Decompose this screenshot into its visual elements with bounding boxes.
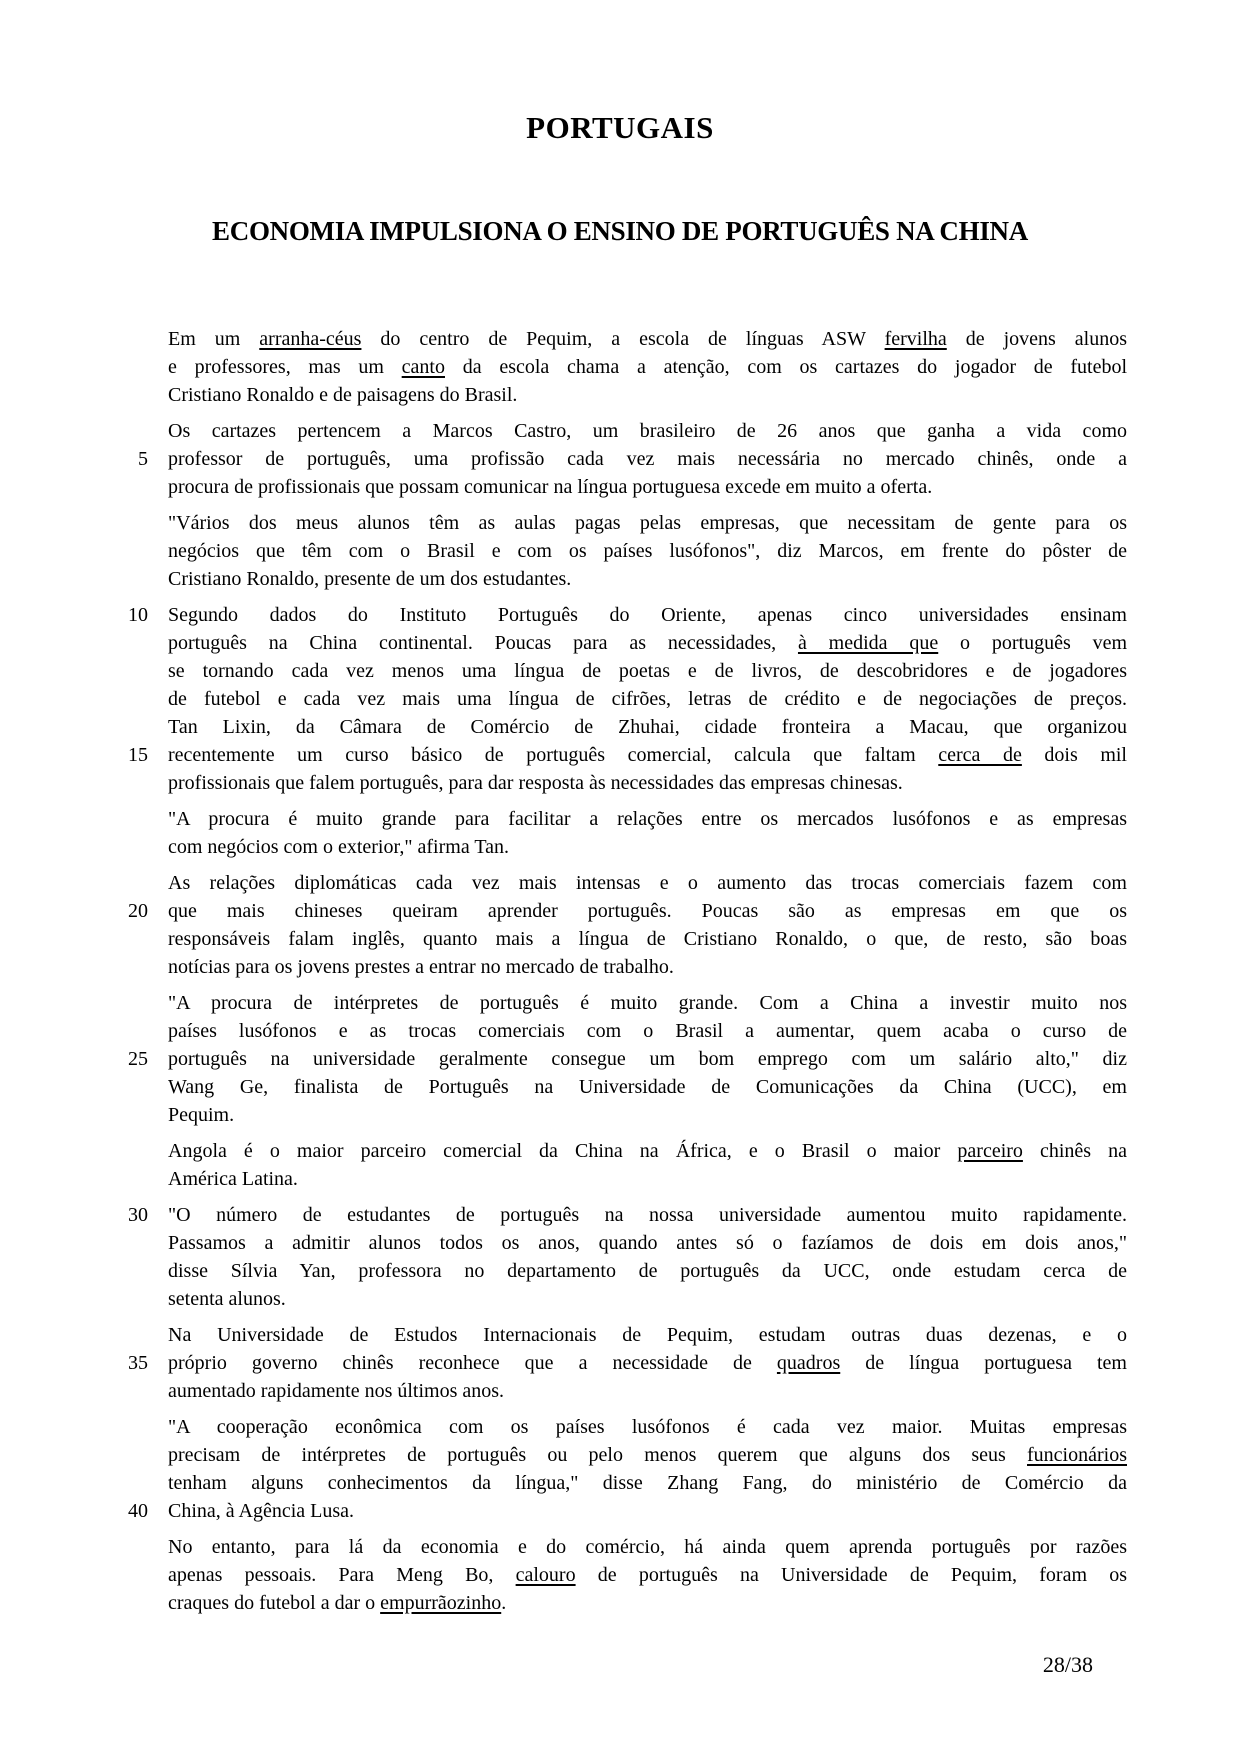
text-line: As relações diplomáticas cada vez mais i… bbox=[108, 869, 1127, 897]
text-line-content: "O número de estudantes de português na … bbox=[168, 1201, 1127, 1229]
line-number bbox=[108, 657, 148, 685]
line-number bbox=[108, 713, 148, 741]
text-line-content: negócios que têm com o Brasil e com os p… bbox=[168, 537, 1127, 565]
line-number bbox=[108, 325, 148, 353]
text-line-content: "A procura é muito grande para facilitar… bbox=[168, 805, 1127, 833]
underlined-term: fervilha bbox=[885, 328, 947, 350]
line-number: 15 bbox=[108, 741, 148, 769]
text-line: Angola é o maior parceiro comercial da C… bbox=[108, 1137, 1127, 1165]
text-line: "A cooperação econômica com os países lu… bbox=[108, 1413, 1127, 1441]
line-number bbox=[108, 1441, 148, 1469]
line-number bbox=[108, 925, 148, 953]
text-line-content: português na universidade geralmente con… bbox=[168, 1045, 1127, 1073]
text-line-content: "A procura de intérpretes de português é… bbox=[168, 989, 1127, 1017]
line-number bbox=[108, 1589, 148, 1617]
text-line-content: Os cartazes pertencem a Marcos Castro, u… bbox=[168, 417, 1127, 445]
text-line-content: As relações diplomáticas cada vez mais i… bbox=[168, 869, 1127, 897]
line-number: 30 bbox=[108, 1201, 148, 1229]
text-line: de futebol e cada vez mais uma língua de… bbox=[108, 685, 1127, 713]
line-number bbox=[108, 869, 148, 897]
text-line-content: craques do futebol a dar o empurrãozinho… bbox=[168, 1589, 1127, 1617]
page-title: PORTUGAIS bbox=[0, 110, 1240, 146]
line-number bbox=[108, 353, 148, 381]
line-number bbox=[108, 1257, 148, 1285]
line-number bbox=[108, 805, 148, 833]
text-line: craques do futebol a dar o empurrãozinho… bbox=[108, 1589, 1127, 1617]
text-line-content: No entanto, para lá da economia e do com… bbox=[168, 1533, 1127, 1561]
text-line: se tornando cada vez menos uma língua de… bbox=[108, 657, 1127, 685]
line-number: 40 bbox=[108, 1497, 148, 1525]
text-line: Cristiano Ronaldo, presente de um dos es… bbox=[108, 565, 1127, 593]
text-line-content: Passamos a admitir alunos todos os anos,… bbox=[168, 1229, 1127, 1257]
text-line-content: países lusófonos e as trocas comerciais … bbox=[168, 1017, 1127, 1045]
text-line-content: Cristiano Ronaldo e de paisagens do Bras… bbox=[168, 381, 1127, 409]
line-number bbox=[108, 953, 148, 981]
line-number bbox=[108, 537, 148, 565]
text-line-content: setenta alunos. bbox=[168, 1285, 1127, 1313]
text-line: responsáveis falam inglês, quanto mais a… bbox=[108, 925, 1127, 953]
line-number bbox=[108, 1377, 148, 1405]
line-number bbox=[108, 1561, 148, 1589]
text-line: 30"O número de estudantes de português n… bbox=[108, 1201, 1127, 1229]
text-line: Passamos a admitir alunos todos os anos,… bbox=[108, 1229, 1127, 1257]
text-line: português na China continental. Poucas p… bbox=[108, 629, 1127, 657]
text-line-content: e professores, mas um canto da escola ch… bbox=[168, 353, 1127, 381]
text-line: e professores, mas um canto da escola ch… bbox=[108, 353, 1127, 381]
text-line-content: recentemente um curso básico de portuguê… bbox=[168, 741, 1127, 769]
text-line-content: procura de profissionais que possam comu… bbox=[168, 473, 1127, 501]
text-line: 10Segundo dados do Instituto Português d… bbox=[108, 601, 1127, 629]
line-number bbox=[108, 1017, 148, 1045]
text-line-content: de futebol e cada vez mais uma língua de… bbox=[168, 685, 1127, 713]
line-number: 5 bbox=[108, 445, 148, 473]
underlined-term: cerca de bbox=[938, 744, 1022, 766]
text-line: disse Sílvia Yan, professora no departam… bbox=[108, 1257, 1127, 1285]
text-line-content: China, à Agência Lusa. bbox=[168, 1497, 1127, 1525]
text-line-content: Segundo dados do Instituto Português do … bbox=[168, 601, 1127, 629]
text-line-content: Cristiano Ronaldo, presente de um dos es… bbox=[168, 565, 1127, 593]
text-line-content: próprio governo chinês reconhece que a n… bbox=[168, 1349, 1127, 1377]
text-line: Pequim. bbox=[108, 1101, 1127, 1129]
line-number bbox=[108, 1137, 148, 1165]
line-number: 10 bbox=[108, 601, 148, 629]
text-line-content: Pequim. bbox=[168, 1101, 1127, 1129]
text-line: Na Universidade de Estudos Internacionai… bbox=[108, 1321, 1127, 1349]
line-number bbox=[108, 1321, 148, 1349]
line-number bbox=[108, 1469, 148, 1497]
text-line: "Vários dos meus alunos têm as aulas pag… bbox=[108, 509, 1127, 537]
text-line-content: disse Sílvia Yan, professora no departam… bbox=[168, 1257, 1127, 1285]
article-title: ECONOMIA IMPULSIONA O ENSINO DE PORTUGUÊ… bbox=[0, 216, 1240, 247]
line-number bbox=[108, 565, 148, 593]
text-line-content: Wang Ge, finalista de Português na Unive… bbox=[168, 1073, 1127, 1101]
text-line-content: se tornando cada vez menos uma língua de… bbox=[168, 657, 1127, 685]
text-line-content: Em um arranha-céus do centro de Pequim, … bbox=[168, 325, 1127, 353]
text-line: com negócios com o exterior," afirma Tan… bbox=[108, 833, 1127, 861]
text-line: 5professor de português, uma profissão c… bbox=[108, 445, 1127, 473]
text-line-content: responsáveis falam inglês, quanto mais a… bbox=[168, 925, 1127, 953]
underlined-term: funcionários bbox=[1027, 1444, 1127, 1466]
text-line: países lusófonos e as trocas comerciais … bbox=[108, 1017, 1127, 1045]
underlined-term: empurrãozinho bbox=[380, 1592, 501, 1614]
text-line-content: precisam de intérpretes de português ou … bbox=[168, 1441, 1127, 1469]
line-number bbox=[108, 629, 148, 657]
text-line-content: profissionais que falem português, para … bbox=[168, 769, 1127, 797]
text-line: Cristiano Ronaldo e de paisagens do Bras… bbox=[108, 381, 1127, 409]
text-line-content: Tan Lixin, da Câmara de Comércio de Zhuh… bbox=[168, 713, 1127, 741]
line-number bbox=[108, 1165, 148, 1193]
line-number bbox=[108, 989, 148, 1017]
text-line: Tan Lixin, da Câmara de Comércio de Zhuh… bbox=[108, 713, 1127, 741]
line-number bbox=[108, 1229, 148, 1257]
text-line: América Latina. bbox=[108, 1165, 1127, 1193]
page-number: 28/38 bbox=[1043, 1652, 1093, 1678]
text-line-content: "A cooperação econômica com os países lu… bbox=[168, 1413, 1127, 1441]
underlined-term: à medida que bbox=[798, 632, 938, 654]
line-number bbox=[108, 769, 148, 797]
text-line: tenham alguns conhecimentos da língua," … bbox=[108, 1469, 1127, 1497]
line-number: 20 bbox=[108, 897, 148, 925]
line-number bbox=[108, 509, 148, 537]
text-line: No entanto, para lá da economia e do com… bbox=[108, 1533, 1127, 1561]
text-line: "A procura de intérpretes de português é… bbox=[108, 989, 1127, 1017]
text-line: "A procura é muito grande para facilitar… bbox=[108, 805, 1127, 833]
text-line-content: professor de português, uma profissão ca… bbox=[168, 445, 1127, 473]
line-number bbox=[108, 1285, 148, 1313]
underlined-term: calouro bbox=[516, 1564, 576, 1586]
text-line-content: América Latina. bbox=[168, 1165, 1127, 1193]
text-line: Em um arranha-céus do centro de Pequim, … bbox=[108, 325, 1127, 353]
text-line: 35próprio governo chinês reconhece que a… bbox=[108, 1349, 1127, 1377]
text-line: Os cartazes pertencem a Marcos Castro, u… bbox=[108, 417, 1127, 445]
text-line-content: português na China continental. Poucas p… bbox=[168, 629, 1127, 657]
text-line-content: apenas pessoais. Para Meng Bo, calouro d… bbox=[168, 1561, 1127, 1589]
text-line: procura de profissionais que possam comu… bbox=[108, 473, 1127, 501]
line-number bbox=[108, 1073, 148, 1101]
text-line: 40China, à Agência Lusa. bbox=[108, 1497, 1127, 1525]
line-number bbox=[108, 1533, 148, 1561]
text-line-content: "Vários dos meus alunos têm as aulas pag… bbox=[168, 509, 1127, 537]
underlined-term: canto bbox=[402, 356, 445, 378]
text-line: apenas pessoais. Para Meng Bo, calouro d… bbox=[108, 1561, 1127, 1589]
text-line: 25português na universidade geralmente c… bbox=[108, 1045, 1127, 1073]
line-number bbox=[108, 685, 148, 713]
text-line: 15recentemente um curso básico de portug… bbox=[108, 741, 1127, 769]
line-number: 25 bbox=[108, 1045, 148, 1073]
line-number bbox=[108, 1413, 148, 1441]
text-line: profissionais que falem português, para … bbox=[108, 769, 1127, 797]
article-text: Em um arranha-céus do centro de Pequim, … bbox=[108, 325, 1127, 1617]
line-number: 35 bbox=[108, 1349, 148, 1377]
text-line-content: Angola é o maior parceiro comercial da C… bbox=[168, 1137, 1127, 1165]
text-line: notícias para os jovens prestes a entrar… bbox=[108, 953, 1127, 981]
underlined-term: parceiro bbox=[957, 1140, 1023, 1162]
text-line: 20que mais chineses queiram aprender por… bbox=[108, 897, 1127, 925]
text-line-content: notícias para os jovens prestes a entrar… bbox=[168, 953, 1127, 981]
underlined-term: arranha-céus bbox=[259, 328, 361, 350]
text-line-content: com negócios com o exterior," afirma Tan… bbox=[168, 833, 1127, 861]
line-number bbox=[108, 833, 148, 861]
line-number bbox=[108, 473, 148, 501]
line-number bbox=[108, 381, 148, 409]
line-number bbox=[108, 417, 148, 445]
text-line: Wang Ge, finalista de Português na Unive… bbox=[108, 1073, 1127, 1101]
underlined-term: quadros bbox=[777, 1352, 840, 1374]
text-line: setenta alunos. bbox=[108, 1285, 1127, 1313]
text-line: negócios que têm com o Brasil e com os p… bbox=[108, 537, 1127, 565]
text-line-content: Na Universidade de Estudos Internacionai… bbox=[168, 1321, 1127, 1349]
line-number bbox=[108, 1101, 148, 1129]
text-line-content: aumentado rapidamente nos últimos anos. bbox=[168, 1377, 1127, 1405]
exam-document-page: PORTUGAIS ECONOMIA IMPULSIONA O ENSINO D… bbox=[0, 0, 1240, 1754]
text-line-content: tenham alguns conhecimentos da língua," … bbox=[168, 1469, 1127, 1497]
text-line-content: que mais chineses queiram aprender portu… bbox=[168, 897, 1127, 925]
text-line: precisam de intérpretes de português ou … bbox=[108, 1441, 1127, 1469]
text-line: aumentado rapidamente nos últimos anos. bbox=[108, 1377, 1127, 1405]
